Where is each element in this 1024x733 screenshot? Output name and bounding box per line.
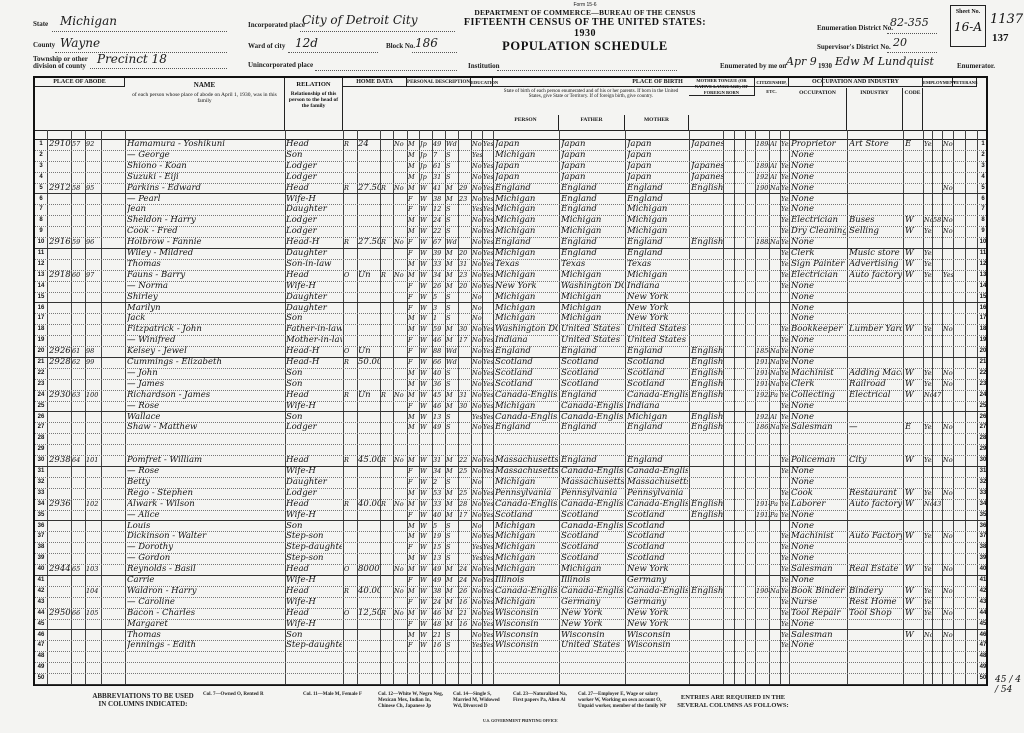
cell-bm: Scotland <box>627 531 688 542</box>
cell-ind: Electrical <box>849 390 902 401</box>
cell-vet: No <box>943 564 953 575</box>
cell-imm: 1910 <box>756 379 769 390</box>
ed-value: 82-355 <box>890 16 929 29</box>
cell-rel: Step-daughter <box>286 542 342 553</box>
line-number-right: 3 <box>977 163 989 169</box>
cell-sex: F <box>408 237 419 248</box>
cell-occ: Machinist <box>791 531 846 542</box>
cell-bf: Canada-English <box>561 499 624 510</box>
cell-mar: S <box>446 313 458 324</box>
cell-bp: Washington DC <box>495 324 558 335</box>
line-number-right: 33 <box>977 490 989 496</box>
cell-eng: Yes <box>781 564 789 575</box>
cell-fam: 99 <box>86 357 101 368</box>
cell-bm: New York <box>627 608 688 619</box>
cell-bm: Michigan <box>627 412 688 423</box>
line-number-right: 20 <box>977 348 989 354</box>
cell-name: Sheldon - Harry <box>127 215 283 226</box>
cell-sch: No <box>472 422 482 433</box>
cell-rel: Father-in-law <box>286 324 342 335</box>
cell-vet: No <box>943 455 953 466</box>
cell-farm: No <box>394 183 406 194</box>
cell-ind: Art Store <box>849 139 902 150</box>
cell-bf: New York <box>561 608 624 619</box>
cell-race: W <box>420 586 431 597</box>
cell-bm: England <box>627 346 688 357</box>
cell-rel: Lodger <box>286 422 342 433</box>
cell-mar: S <box>446 303 458 314</box>
entries-required-title: ENTRIES ARE REQUIRED IN THE SEVERAL COLU… <box>673 694 793 710</box>
incorporated-label: Incorporated place <box>248 21 305 29</box>
cell-age: 22 <box>433 226 445 237</box>
cell-dwell: 62 <box>72 357 85 368</box>
cell-sch: No <box>472 237 482 248</box>
cell-occ: Machinist <box>791 368 846 379</box>
cell-sch: No <box>472 292 482 303</box>
cell-value: 24 <box>358 139 380 150</box>
cell-imm: 1869 <box>756 422 769 433</box>
cell-age: 66 <box>433 357 445 368</box>
line-number: 12 <box>35 261 47 267</box>
cell-bp: Japan <box>495 161 558 172</box>
department-title: DEPARTMENT OF COMMERCE—BUREAU OF THE CEN… <box>455 8 715 17</box>
cell-occ: Book Binder <box>791 586 846 597</box>
incorporated-underline <box>300 31 455 32</box>
cell-sch: No <box>472 488 482 499</box>
cell-agem: 31 <box>459 259 471 270</box>
cell-read: Yes <box>483 237 493 248</box>
cell-age: 49 <box>433 422 445 433</box>
cell-rel: Daughter <box>286 303 342 314</box>
cell-sch: Yes <box>472 542 482 553</box>
cell-bp: Michigan <box>495 597 558 608</box>
cell-dwell: 65 <box>72 564 85 575</box>
cell-bp: Michigan <box>495 270 558 281</box>
cell-nat: Na <box>770 357 780 368</box>
cell-name: — Rose <box>127 401 283 412</box>
cell-sch: No <box>472 281 482 292</box>
cell-agem: 20 <box>459 248 471 259</box>
cell-sch: No <box>472 303 482 314</box>
cell-cls: W <box>905 564 922 575</box>
cell-ind: Auto factory <box>849 499 902 510</box>
cell-age: 41 <box>433 183 445 194</box>
enumerator-name: Edw M Lundquist <box>835 55 934 68</box>
cell-read: Yes <box>483 368 493 379</box>
cell-race: W <box>420 357 431 368</box>
line-number-right: 31 <box>977 468 989 474</box>
group-veterans: VETERANS <box>953 78 977 87</box>
line-number-right: 39 <box>977 555 989 561</box>
cell-lang: Japanese <box>691 172 723 183</box>
cell-agem: 28 <box>459 499 471 510</box>
cell-eng: Yes <box>781 488 789 499</box>
cell-bp: Scotland <box>495 357 558 368</box>
line-number-right: 48 <box>977 653 989 659</box>
cell-read: Yes <box>483 357 493 368</box>
cell-tenure: R <box>344 357 356 368</box>
cell-sex: M <box>408 172 419 183</box>
cell-work: Yes <box>924 324 932 335</box>
footer-col14: Col. 14—Single S, Married M, Widowed Wd,… <box>453 692 508 710</box>
cell-occ: Bookkeeper <box>791 324 846 335</box>
cell-name: Bacon - Charles <box>127 608 283 619</box>
cell-name: — James <box>127 379 283 390</box>
cell-race: W <box>420 313 431 324</box>
cell-bf: Canada-English <box>561 586 624 597</box>
cell-agem: 24 <box>459 575 471 586</box>
cell-age: 12 <box>433 204 445 215</box>
cell-occ: Tool Repair <box>791 608 846 619</box>
enumerated-label: Enumerated by me on <box>720 62 786 70</box>
cell-age: 1 <box>433 313 445 324</box>
cell-ind: — <box>849 422 902 433</box>
cell-farm: No <box>394 564 406 575</box>
cell-nat: Na <box>770 368 780 379</box>
cell-sex: M <box>408 270 419 281</box>
cell-ind: Bindery <box>849 586 902 597</box>
cell-race: W <box>420 390 431 401</box>
cell-mar: S <box>446 379 458 390</box>
cell-bp: Japan <box>495 139 558 150</box>
cell-cls: W <box>905 270 922 281</box>
line-number: 30 <box>35 457 47 463</box>
cell-bf: Germany <box>561 597 624 608</box>
group-citizenship: CITIZENSHIP, ETC. <box>755 78 789 87</box>
cell-bm: New York <box>627 292 688 303</box>
line-number-right: 24 <box>977 392 989 398</box>
cell-sex: F <box>408 303 419 314</box>
col-relation-header: RELATION Relationship of this person to … <box>285 78 343 130</box>
line-number-right: 6 <box>977 196 989 202</box>
cell-name: — George <box>127 150 283 161</box>
cell-mar: M <box>446 564 458 575</box>
line-number-right: 36 <box>977 523 989 529</box>
supervisor-value: 20 <box>893 36 907 49</box>
cell-fam: 96 <box>86 237 101 248</box>
cell-sex: F <box>408 466 419 477</box>
cell-vet: No <box>943 324 953 335</box>
cell-race: W <box>420 292 431 303</box>
cell-read: Yes <box>483 412 493 423</box>
cell-nat: Na <box>770 237 780 248</box>
group-education: EDUCATION <box>471 78 493 87</box>
line-number-right: 43 <box>977 599 989 605</box>
cell-bp: Michigan <box>495 542 558 553</box>
line-number-right: 10 <box>977 239 989 245</box>
cell-read: Yes <box>483 259 493 270</box>
cell-race: W <box>420 270 431 281</box>
cell-imm: 1923 <box>756 412 769 423</box>
cell-bf: Michigan <box>561 226 624 237</box>
cell-read: Yes <box>483 204 493 215</box>
cell-bm: United States <box>627 324 688 335</box>
cell-rel: Wife-H <box>286 619 342 630</box>
line-number-right: 29 <box>977 446 989 452</box>
cell-rel: Daughter <box>286 477 342 488</box>
cell-sch: No <box>472 564 482 575</box>
cell-race: W <box>420 553 431 564</box>
line-number: 10 <box>35 239 47 245</box>
cell-read: Yes <box>483 401 493 412</box>
cell-bp: Wisconsin <box>495 630 558 641</box>
cell-sch: No <box>472 477 482 488</box>
cell-bp: Pennsylvania <box>495 488 558 499</box>
ed-label: Enumeration District No. <box>817 24 893 32</box>
cell-race: W <box>420 194 431 205</box>
cell-bf: Canada-English <box>561 401 624 412</box>
cell-bm: England <box>627 237 688 248</box>
line-number-right: 1 <box>977 141 989 147</box>
line-number: 8 <box>35 217 47 223</box>
cell-radio: R <box>381 499 393 510</box>
cell-ind: Buses <box>849 215 902 226</box>
sheet-number-label: Sheet No. <box>951 9 985 15</box>
line-number: 6 <box>35 196 47 202</box>
cell-work: Yes <box>924 597 932 608</box>
cell-bp: Michigan <box>495 194 558 205</box>
cell-name: Thomas <box>127 259 283 270</box>
cell-sex: F <box>408 194 419 205</box>
line-number-right: 15 <box>977 294 989 300</box>
cell-dwell: 64 <box>72 455 85 466</box>
line-number-right: 38 <box>977 544 989 550</box>
enumerated-year: 1930 <box>818 62 832 70</box>
line-number: 24 <box>35 392 47 398</box>
cell-lang: English <box>691 346 723 357</box>
cell-name: Shiono - Koan <box>127 161 283 172</box>
cell-eng: Yes <box>781 553 789 564</box>
cell-rel: Lodger <box>286 226 342 237</box>
cell-sex: M <box>408 488 419 499</box>
cell-age: 33 <box>433 259 445 270</box>
cell-bp: Illinois <box>495 575 558 586</box>
cell-tenure: R <box>344 237 356 248</box>
cell-race: W <box>420 237 431 248</box>
cell-race: W <box>420 630 431 641</box>
cell-vet: No <box>943 488 953 499</box>
cell-read: Yes <box>483 379 493 390</box>
cell-agem: 24 <box>459 564 471 575</box>
cell-bm: Michigan <box>627 215 688 226</box>
cell-sex: M <box>408 455 419 466</box>
line-number-right: 35 <box>977 512 989 518</box>
cell-vet: No <box>943 368 953 379</box>
cell-cls: W <box>905 390 922 401</box>
cell-race: W <box>420 531 431 542</box>
cell-read: Yes <box>483 422 493 433</box>
line-number-right: 19 <box>977 337 989 343</box>
cell-occ: None <box>791 161 846 172</box>
cell-age: 38 <box>433 586 445 597</box>
cell-bf: Wisconsin <box>561 630 624 641</box>
cell-mar: S <box>446 368 458 379</box>
cell-imm: 1921 <box>756 172 769 183</box>
cell-read: Yes <box>483 630 493 641</box>
township-label: Township or other division of county <box>33 56 93 70</box>
cell-rel: Son <box>286 368 342 379</box>
cell-bp: Michigan <box>495 303 558 314</box>
unincorporated-label: Unincorporated place <box>248 61 313 69</box>
cell-mar: S <box>446 640 458 651</box>
cell-name: Cook - Fred <box>127 226 283 237</box>
cell-mar: Wd <box>446 346 458 357</box>
cell-rel: Lodger <box>286 172 342 183</box>
cell-cls: W <box>905 324 922 335</box>
cell-sex: M <box>408 390 419 401</box>
cell-read: Yes <box>483 542 493 553</box>
cell-dwell: 61 <box>72 346 85 357</box>
cell-vet: Yes WW <box>943 270 953 281</box>
line-number: 28 <box>35 435 47 441</box>
cell-name: Dickinson - Walter <box>127 531 283 542</box>
cell-sch: Yes <box>472 640 482 651</box>
cell-eng: Yes <box>781 466 789 477</box>
cell-bf: New York <box>561 619 624 630</box>
cell-agem: 25 <box>459 466 471 477</box>
cell-race: Jp <box>420 172 431 183</box>
cell-occ: None <box>791 204 846 215</box>
cell-read: Yes <box>483 586 493 597</box>
cell-rel: Wife-H <box>286 575 342 586</box>
cell-sch: Yes <box>472 204 482 215</box>
cell-radio: R <box>381 608 393 619</box>
cell-age: 13 <box>433 412 445 423</box>
line-number-right: 22 <box>977 370 989 376</box>
cell-sex: M <box>408 586 419 597</box>
birth-desc: State of birth of each person enumerated… <box>493 87 689 115</box>
ward-underline <box>288 52 378 53</box>
cell-radio: R <box>381 390 393 401</box>
cell-bp: Michigan <box>495 521 558 532</box>
line-number: 31 <box>35 468 47 474</box>
cell-age: 31 <box>433 172 445 183</box>
cell-bp: England <box>495 422 558 433</box>
cell-rel: Son <box>286 150 342 161</box>
group-home-data: HOME DATA <box>343 78 407 87</box>
cell-bf: Michigan <box>561 564 624 575</box>
cell-bf: Japan <box>561 161 624 172</box>
census-sheet: State Michigan County Wayne Township or … <box>0 0 1024 733</box>
line-number: 18 <box>35 326 47 332</box>
cell-race: W <box>420 455 431 466</box>
cell-read: Yes <box>483 553 493 564</box>
cell-bm: England <box>627 248 688 259</box>
cell-bm: Wisconsin <box>627 640 688 651</box>
cell-bm: Michigan <box>627 270 688 281</box>
line-number: 47 <box>35 642 47 648</box>
cell-bf: Michigan <box>561 270 624 281</box>
cell-sex: F <box>408 640 419 651</box>
cell-age: 13 <box>433 553 445 564</box>
cell-work: No <box>924 630 932 641</box>
cell-eng: Yes <box>781 597 789 608</box>
cell-mar: S <box>446 477 458 488</box>
line-number: 27 <box>35 424 47 430</box>
cell-bm: Canada-English <box>627 466 688 477</box>
cell-rel: Daughter <box>286 292 342 303</box>
cell-bp: Massachusetts <box>495 455 558 466</box>
cell-read: Yes <box>483 499 493 510</box>
line-number: 22 <box>35 370 47 376</box>
cell-fam: 97 <box>86 270 101 281</box>
cell-occ: Salesman <box>791 630 846 641</box>
cell-lang: English <box>691 357 723 368</box>
cell-rel: Head <box>286 139 342 150</box>
cell-agem: 30 <box>459 401 471 412</box>
cell-bm: England <box>627 194 688 205</box>
cell-bp: Michigan <box>495 292 558 303</box>
cell-mar: M <box>446 281 458 292</box>
cell-age: 26 <box>433 281 445 292</box>
cell-eng: Yes <box>781 194 789 205</box>
cell-bf: Massachusetts <box>561 477 624 488</box>
cell-house: 2928 <box>49 357 71 368</box>
cell-imm: 1904 <box>756 586 769 597</box>
cell-occ: Laborer <box>791 499 846 510</box>
cell-bm: Texas <box>627 259 688 270</box>
cell-occ: Nurse <box>791 597 846 608</box>
block-label: Block No. <box>386 42 415 50</box>
footer-col23: Col. 23—Naturalized Na, First papers Pa,… <box>513 692 573 704</box>
cell-bm: New York <box>627 564 688 575</box>
cell-bm: Michigan <box>627 226 688 237</box>
cell-mar: Wd <box>446 237 458 248</box>
cell-bf: Michigan <box>561 313 624 324</box>
cell-name: Suzuki - Eiji <box>127 172 283 183</box>
cell-age: 49 <box>433 575 445 586</box>
cell-work: Yes <box>924 608 932 619</box>
cell-ind: Auto Factory <box>849 531 902 542</box>
cell-mar: S <box>446 531 458 542</box>
printer-imprint: U.S. GOVERNMENT PRINTING OFFICE <box>483 718 558 724</box>
cell-name: — Caroline <box>127 597 283 608</box>
cell-value: 27.50 <box>358 183 380 194</box>
cell-occ: Electrician <box>791 215 846 226</box>
cell-house: 2938 <box>49 455 71 466</box>
cell-eng: Yes <box>781 379 789 390</box>
county-value: Wayne <box>60 36 100 50</box>
line-number: 35 <box>35 512 47 518</box>
cell-nat: Al <box>770 161 780 172</box>
cell-mar: M <box>446 401 458 412</box>
line-number: 50 <box>35 675 47 681</box>
cell-name: Betty <box>127 477 283 488</box>
cell-read: Yes <box>483 270 493 281</box>
cell-sch: No <box>472 248 482 259</box>
cell-dwell: 63 <box>72 390 85 401</box>
cell-sex: F <box>408 510 419 521</box>
cell-mar: S <box>446 215 458 226</box>
line-number: 7 <box>35 206 47 212</box>
cell-agem: 30 <box>459 324 471 335</box>
line-number: 20 <box>35 348 47 354</box>
cell-sex: F <box>408 542 419 553</box>
cell-bp: Michigan <box>495 204 558 215</box>
line-number-right: 26 <box>977 414 989 420</box>
cell-bm: Michigan <box>627 204 688 215</box>
cell-cls: W <box>905 499 922 510</box>
cell-race: W <box>420 303 431 314</box>
cell-unemp: 47 <box>933 390 942 401</box>
cell-sex: M <box>408 215 419 226</box>
line-number: 33 <box>35 490 47 496</box>
cell-name: Jean <box>127 204 283 215</box>
cell-occ: None <box>791 412 846 423</box>
line-number: 43 <box>35 599 47 605</box>
cell-rel: Head <box>286 270 342 281</box>
cell-name: Shaw - Matthew <box>127 422 283 433</box>
